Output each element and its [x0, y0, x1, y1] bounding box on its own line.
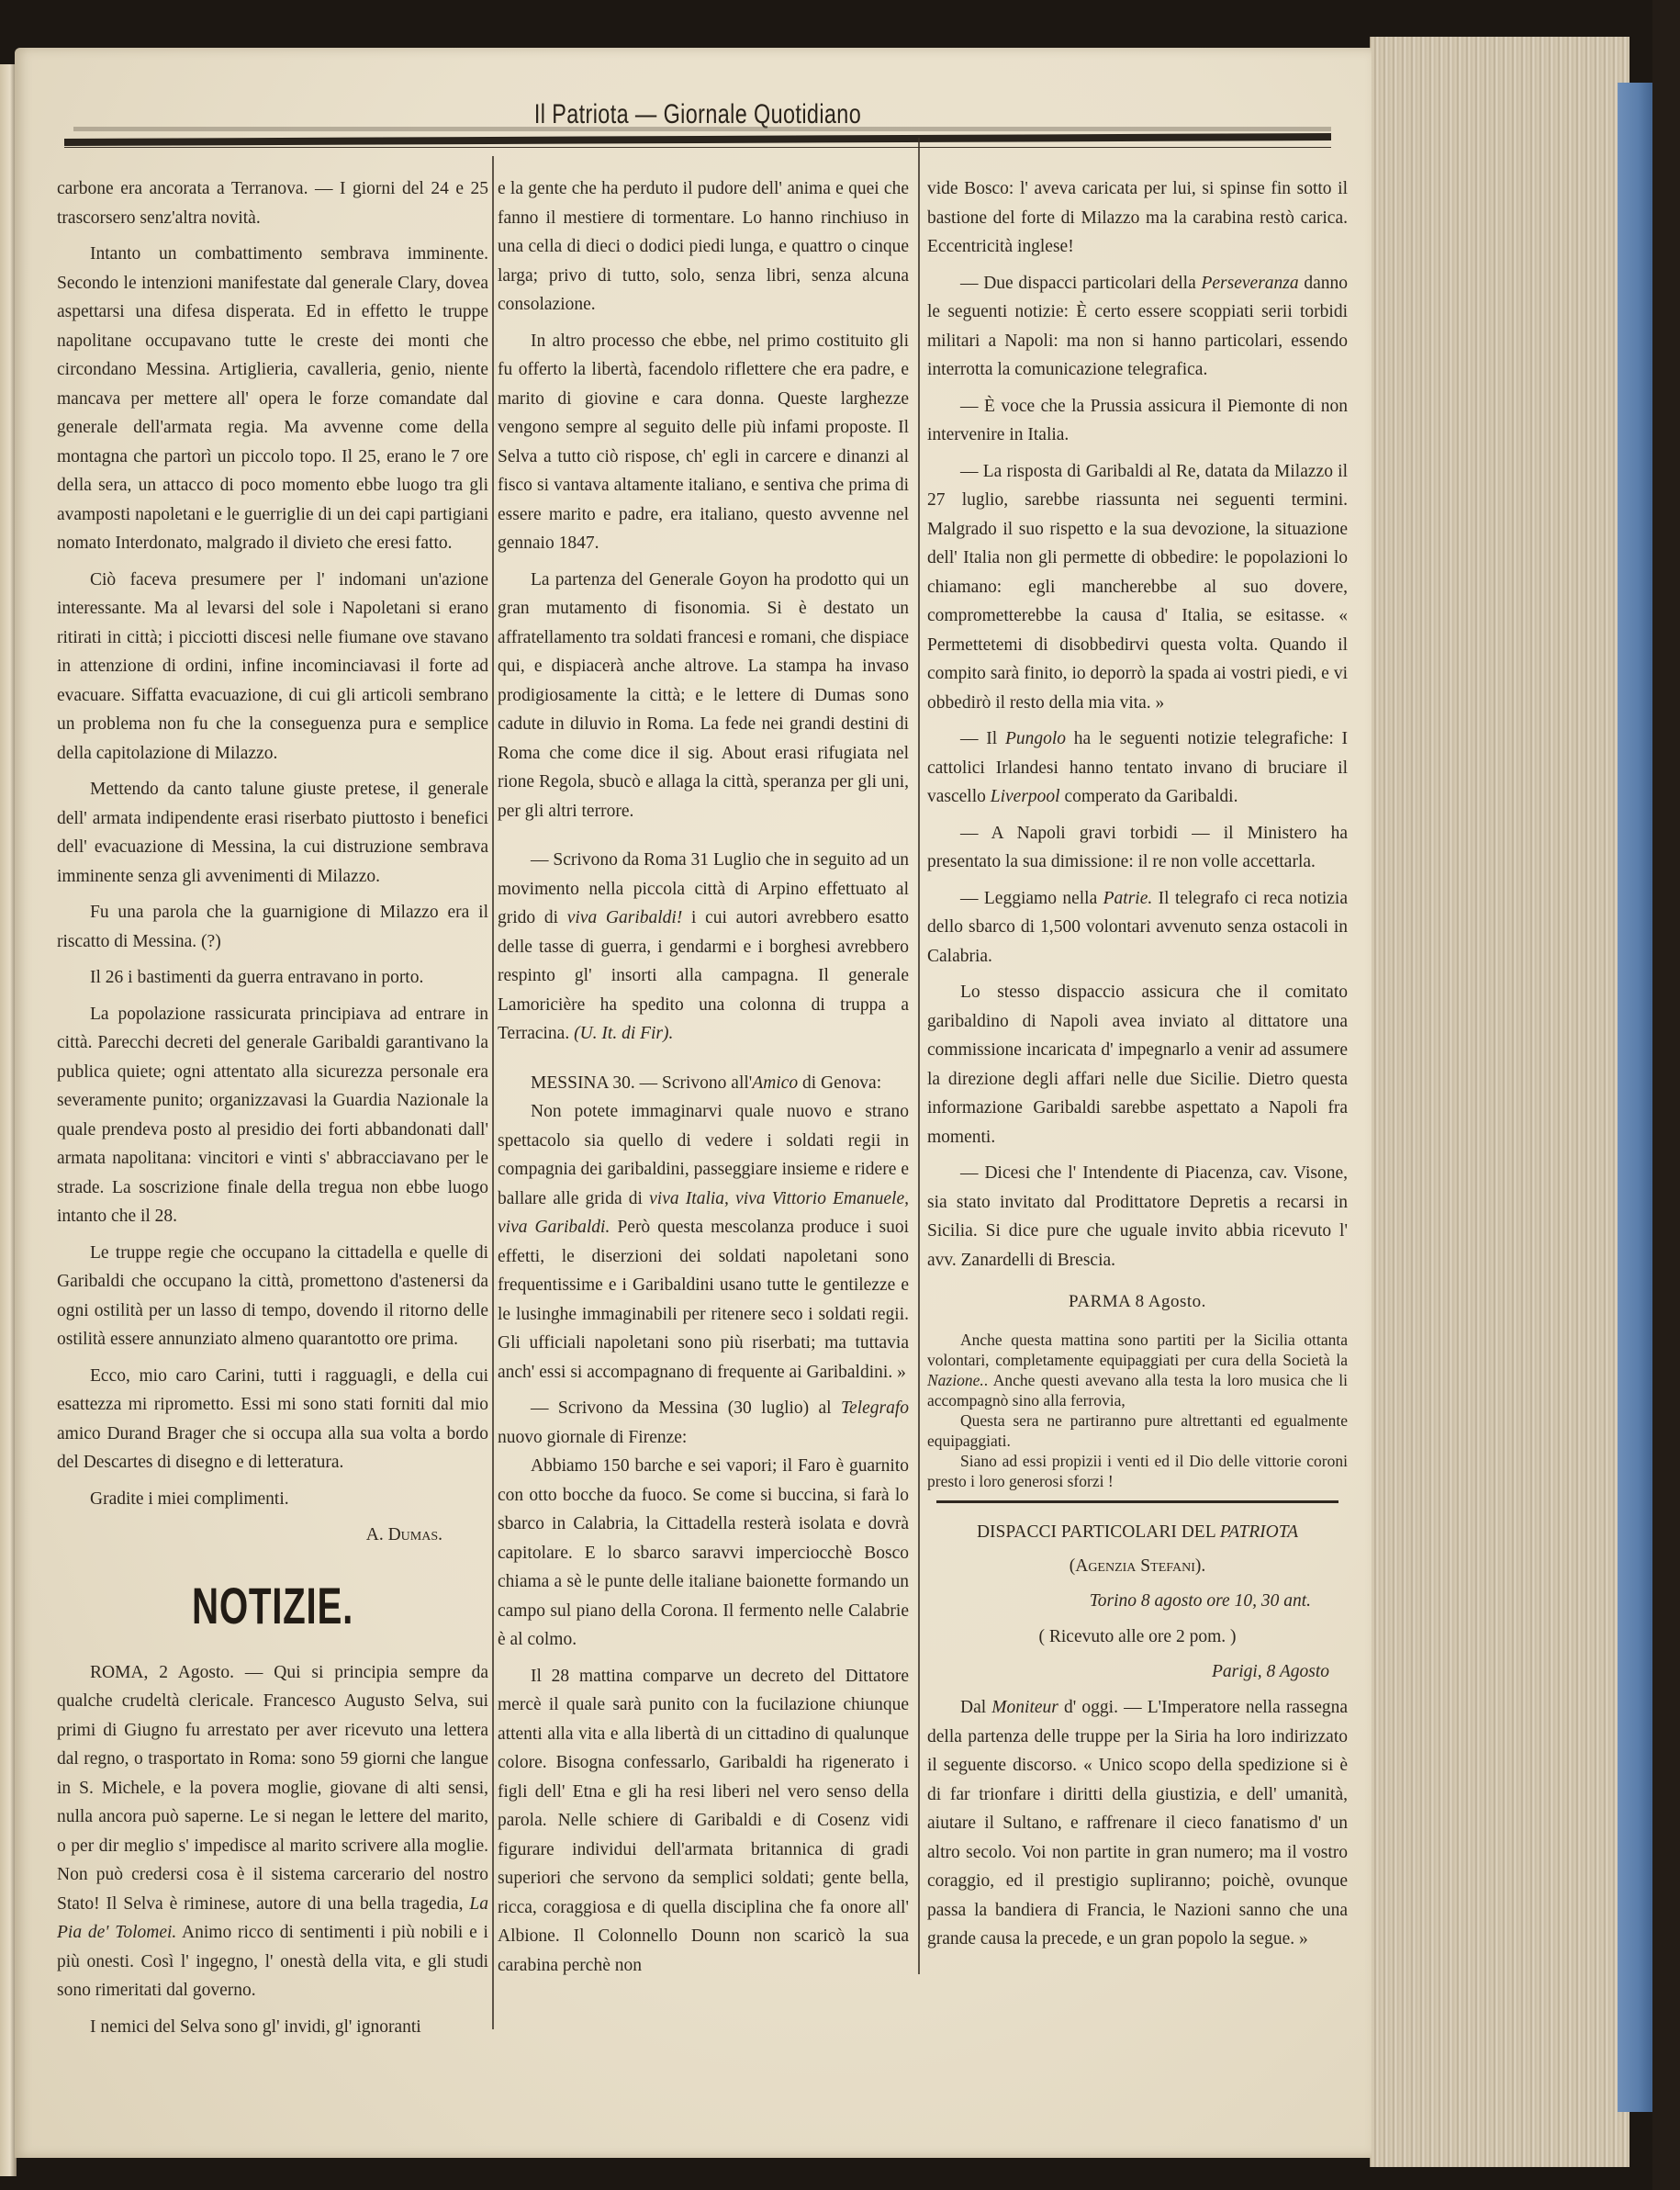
- messina-dateline: MESSINA 30. — Scrivono all'Amico di Geno…: [498, 1069, 909, 1098]
- paragraph: I nemici del Selva sono gl' invidi, gl' …: [57, 2013, 488, 2042]
- paragraph: — La risposta di Garibaldi al Re, datata…: [927, 457, 1348, 718]
- paragraph: La popolazione rassicurata principiava a…: [57, 1000, 488, 1231]
- paragraph: Intanto un combattimento sembrava immine…: [57, 240, 488, 558]
- paragraph: Abbiamo 150 barche e sei vapori; il Faro…: [498, 1452, 909, 1655]
- paragraph: — Leggiamo nella Patrie. Il telegrafo ci…: [927, 884, 1348, 971]
- received-note: ( Ricevuto alle ore 2 pom. ): [927, 1623, 1348, 1652]
- paragraph: Gradite i miei complimenti.: [57, 1485, 488, 1514]
- masthead-rule-under: [64, 147, 1331, 148]
- paragraph: La partenza del Generale Goyon ha prodot…: [498, 566, 909, 826]
- author-signature: A. Dumas.: [57, 1521, 488, 1550]
- book-binding: [1618, 83, 1652, 2112]
- paragraph: — Scrivono da Messina (30 luglio) al Tel…: [498, 1394, 909, 1452]
- masthead-rule-thick: [64, 133, 1331, 146]
- dispatch-heading: DISPACCI PARTICOLARI DEL PATRIOTA: [927, 1518, 1348, 1547]
- roma-article: ROMA, 2 Agosto. — Qui si principia sempr…: [57, 1658, 488, 2005]
- parigi-dateline: Parigi, 8 Agosto: [927, 1657, 1348, 1687]
- masthead-rule-thin: [73, 127, 1331, 131]
- page-edge-stack: [1370, 37, 1630, 2167]
- masthead: Il Patriota — Giornale Quotidiano: [64, 99, 1331, 154]
- paragraph: Lo stesso dispaccio assicura che il comi…: [927, 978, 1348, 1151]
- paragraph: Dal Moniteur d' oggi. — L'Imperatore nel…: [927, 1693, 1348, 1954]
- dateline: ROMA, 2 Agosto.: [90, 1663, 234, 1682]
- masthead-title: Il Patriota — Giornale Quotidiano: [204, 99, 1192, 130]
- paragraph: In altro processo che ebbe, nel primo co…: [498, 327, 909, 558]
- paragraph: Ciò faceva presumere per l' indomani un'…: [57, 566, 488, 769]
- column-divider-2: [918, 138, 920, 1974]
- paragraph: — Scrivono da Roma 31 Luglio che in segu…: [498, 846, 909, 1049]
- paragraph: Il 26 i bastimenti da guerra entravano i…: [57, 963, 488, 993]
- section-rule: [936, 1500, 1338, 1503]
- parma-heading: PARMA 8 Agosto.: [927, 1287, 1348, 1317]
- paragraph: Ecco, mio caro Carini, tutti i ragguagli…: [57, 1362, 488, 1477]
- paragraph: Il 28 mattina comparve un decreto del Di…: [498, 1662, 909, 1981]
- column-2: e la gente che ha perduto il pudore dell…: [498, 174, 909, 1987]
- parma-article: Anche questa mattina sono partiti per la…: [927, 1330, 1348, 1491]
- paragraph: — A Napoli gravi torbidi — il Ministero …: [927, 819, 1348, 877]
- paragraph: — Due dispacci particolari della Perseve…: [927, 269, 1348, 385]
- paragraph: Le truppe regie che occupano la cittadel…: [57, 1239, 488, 1354]
- source-citation: (U. It. di Fir).: [574, 1024, 673, 1043]
- paragraph: Mettendo da canto talune giuste pretese,…: [57, 775, 488, 891]
- paragraph: Fu una parola che la guarnigione di Mila…: [57, 898, 488, 956]
- paragraph: Non potete immaginarvi quale nuovo e str…: [498, 1097, 909, 1387]
- column-divider-1: [492, 156, 494, 2029]
- column-3: vide Bosco: l' aveva caricata per lui, s…: [927, 174, 1348, 1961]
- paragraph: — Dicesi che l' Intendente di Piacenza, …: [927, 1159, 1348, 1275]
- torino-dateline: Torino 8 agosto ore 10, 30 ant.: [927, 1587, 1348, 1616]
- scanned-newspaper: Il Patriota — Giornale Quotidiano carbon…: [0, 0, 1680, 2190]
- paragraph: e la gente che ha perduto il pudore dell…: [498, 174, 909, 320]
- paragraph: — È voce che la Prussia assicura il Piem…: [927, 392, 1348, 450]
- section-title-notizie: NOTIZIE.: [118, 1574, 428, 1638]
- agency-name: (Agenzia Stefani).: [927, 1552, 1348, 1581]
- paragraph: carbone era ancorata a Terranova. — I gi…: [57, 174, 488, 232]
- paragraph: — Il Pungolo ha le seguenti notizie tele…: [927, 724, 1348, 812]
- column-1: carbone era ancorata a Terranova. — I gi…: [57, 174, 488, 2049]
- paragraph: vide Bosco: l' aveva caricata per lui, s…: [927, 174, 1348, 262]
- background-edge: [1652, 0, 1680, 2190]
